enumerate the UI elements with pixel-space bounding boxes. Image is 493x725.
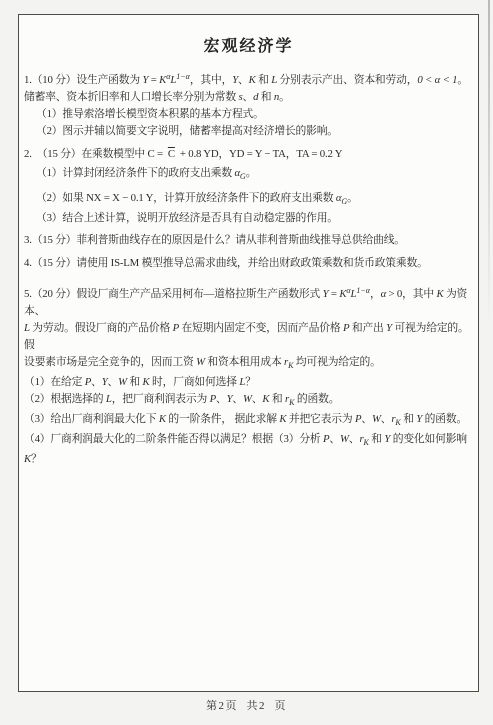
question-5: 5.（20 分）假设厂商生产产品采用柯布—道格拉斯生产函数形式 Y = KαL1… [24,282,473,468]
question-3-stem: 3.（15 分）菲利普斯曲线存在的原因是什么？请从菲利普斯曲线推导总供给曲线。 [24,232,473,249]
question-2-subitem-2: （2）如果 NX = X − 0.1 Y，计算开放经济条件下的政府支出乘数 αG… [24,190,473,210]
question-5-subitem-1: （1）在给定 P、Y、W 和 K 时，厂商如何选择 L？ [24,374,473,391]
question-5-stem-line-2: L 为劳动。假设厂商的产品价格 P 在短期内固定不变，因而产品价格 P 和产出 … [24,320,473,354]
question-5-subitem-3: （3）给出厂商利润最大化下 K 的一阶条件， 据此求解 K 并把它表示为 P、W… [24,411,473,431]
exam-border-frame: 宏观经济学 1.（10 分）设生产函数为 Y = KαL1−α，其中，Y、K 和… [18,14,479,692]
question-1-stem-line-1: 1.（10 分）设生产函数为 Y = KαL1−α，其中，Y、K 和 L 分别表… [24,68,473,89]
question-5-stem-line-1: 5.（20 分）假设厂商生产产品采用柯布—道格拉斯生产函数形式 Y = KαL1… [24,282,473,320]
page-number-footer: 第2页 共2 页 [0,699,493,714]
question-5-subitem-2: （2）根据选择的 L，把厂商利润表示为 P、Y、W、K 和 rK 的函数。 [24,391,473,411]
question-3: 3.（15 分）菲利普斯曲线存在的原因是什么？请从菲利普斯曲线推导总供给曲线。 [24,232,473,249]
question-2-stem: 2. （15 分）在乘数模型中 C = C + 0.8 YD，YD = Y − … [24,146,473,163]
question-2: 2. （15 分）在乘数模型中 C = C + 0.8 YD，YD = Y − … [24,146,473,227]
scan-page-edge-shadow [488,0,490,326]
question-2-subitem-1: （1）计算封闭经济条件下的政府支出乘数 αG。 [24,165,473,185]
question-5-subitem-4: （4）厂商利润最大化的二阶条件能否得以满足？根据（3）分析 P、W、rK 和 Y… [24,431,473,468]
question-5-stem-line-3: 设要素市场是完全竞争的，因而工资 W 和资本租用成本 rK 均可视为给定的。 [24,354,473,374]
exam-title: 宏观经济学 [24,37,473,57]
question-1-subitem-2: （2）图示并辅以简要文字说明，储蓄率提高对经济增长的影响。 [24,123,473,140]
question-1: 1.（10 分）设生产函数为 Y = KαL1−α，其中，Y、K 和 L 分别表… [24,68,473,140]
question-1-subitem-1: （1）推导索洛增长模型资本积累的基本方程式。 [24,106,473,123]
question-4: 4.（15 分）请使用 IS-LM 模型推导总需求曲线，并给出财政政策乘数和货币… [24,255,473,272]
question-4-stem: 4.（15 分）请使用 IS-LM 模型推导总需求曲线，并给出财政政策乘数和货币… [24,255,473,272]
question-2-subitem-3: （3）结合上述计算，说明开放经济是否具有自动稳定器的作用。 [24,210,473,227]
question-1-stem-line-2: 储蓄率、资本折旧率和人口增长率分别为常数 s、d 和 n。 [24,89,473,106]
